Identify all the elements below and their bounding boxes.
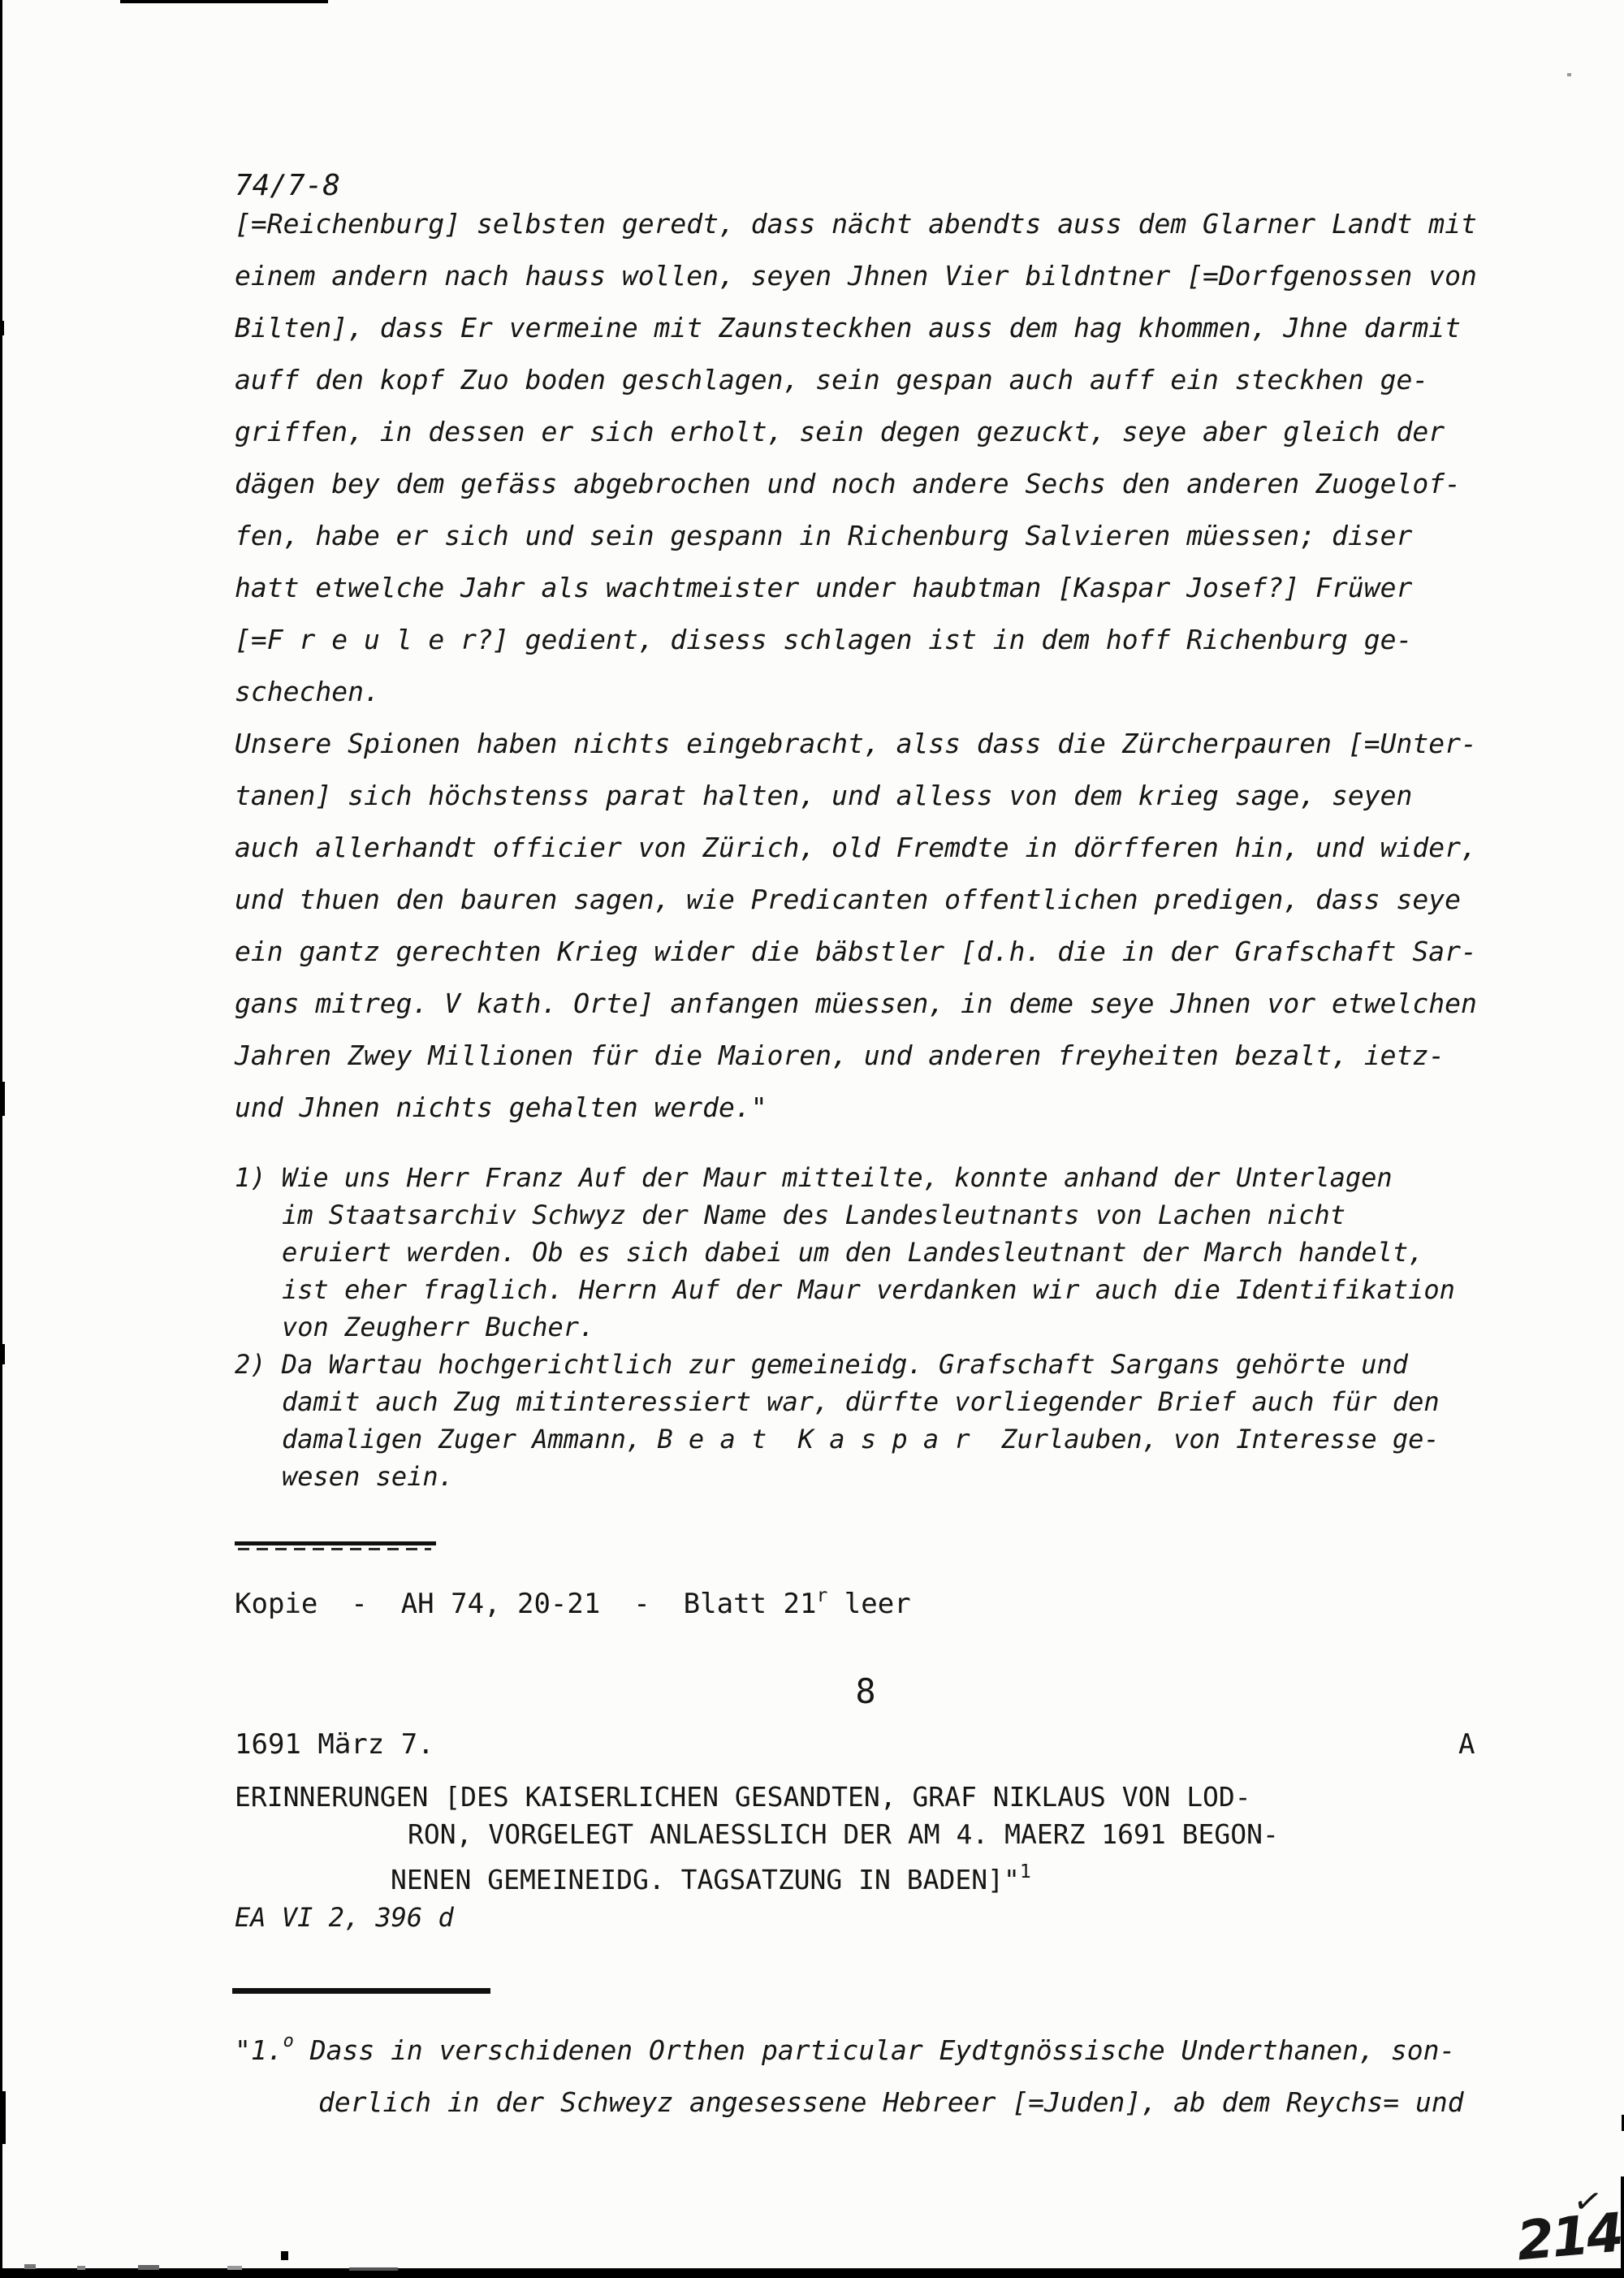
entry-title-line: NENEN GEMEINEIDG. TAGSATZUNG IN BADEN]"1 bbox=[235, 1853, 1279, 1899]
entry-title-text: NENEN GEMEINEIDG. TAGSATZUNG IN BADEN]" bbox=[391, 1864, 1020, 1895]
scan-speck bbox=[281, 2251, 288, 2260]
scan-speck bbox=[1567, 73, 1571, 76]
source-text: Kopie - AH 74, 20-21 - Blatt 21 bbox=[235, 1588, 816, 1620]
entry-siglum: A bbox=[1458, 1728, 1475, 1761]
quote-line: derlich in der Schweyz angesessene Hebre… bbox=[235, 2077, 1464, 2129]
body-line: Jahren Zwey Millionen für die Maioren, u… bbox=[235, 1030, 1477, 1082]
body-line: Unsere Spionen haben nichts eingebracht,… bbox=[235, 718, 1477, 770]
footnote-line: damit auch Zug mitinteressiert war, dürf… bbox=[235, 1383, 1455, 1420]
scan-edge-blob bbox=[0, 321, 4, 335]
quote-text: "1. bbox=[235, 2034, 283, 2066]
scan-speck bbox=[77, 2266, 85, 2270]
quote-block: "1.o Dass in verschidenen Orthen particu… bbox=[235, 2016, 1464, 2129]
scan-speck bbox=[227, 2266, 242, 2270]
entry-title-line: ERINNERUNGEN [DES KAISERLICHEN GESANDTEN… bbox=[235, 1779, 1279, 1816]
source-text: leer bbox=[827, 1588, 910, 1620]
source-line: Kopie - AH 74, 20-21 - Blatt 21r leer bbox=[235, 1585, 911, 1620]
separator-rule bbox=[235, 1541, 436, 1545]
footnote-line: im Staatsarchiv Schwyz der Name des Land… bbox=[235, 1196, 1455, 1234]
body-line: einem andern nach hauss wollen, seyen Jh… bbox=[235, 250, 1477, 302]
quote-text: Dass in verschidenen Orthen particular E… bbox=[294, 2034, 1455, 2066]
ordinal-superscript: o bbox=[283, 2031, 294, 2051]
handwritten-page-number: 214 bbox=[1514, 2202, 1624, 2273]
body-line: [=Reichenburg] selbsten geredt, dass näc… bbox=[235, 198, 1477, 250]
footnote-line: damaligen Zuger Ammann, B e a t K a s p … bbox=[235, 1420, 1455, 1458]
body-line: auff den kopf Zuo boden geschlagen, sein… bbox=[235, 354, 1477, 406]
entry-title-block: ERINNERUNGEN [DES KAISERLICHEN GESANDTEN… bbox=[235, 1779, 1279, 1899]
entry-date: 1691 März 7. bbox=[235, 1728, 434, 1761]
archive-signature: 74/7-8 bbox=[235, 169, 340, 202]
footnote-line: ist eher fraglich. Herrn Auf der Maur ve… bbox=[235, 1271, 1455, 1308]
footnote-line: eruiert werden. Ob es sich dabei um den … bbox=[235, 1234, 1455, 1271]
scan-edge-right bbox=[1621, 2176, 1624, 2278]
body-line: tanen] sich höchstenss parat halten, und… bbox=[235, 770, 1477, 822]
footnote-reference-superscript: 1 bbox=[1020, 1861, 1031, 1882]
entry-title-line: RON, VORGELEGT ANLAESSLICH DER AM 4. MAE… bbox=[235, 1816, 1279, 1853]
scan-edge-blob bbox=[0, 1344, 5, 1364]
footnote-text: Da Wartau hochgerichtlich zur gemeineidg… bbox=[282, 1349, 1408, 1380]
footnotes-block: 1) Wie uns Herr Franz Auf der Maur mitte… bbox=[235, 1159, 1455, 1495]
body-line: auch allerhandt officier von Zürich, old… bbox=[235, 822, 1477, 874]
body-line: [=F r e u l e r?] gedient, disess schlag… bbox=[235, 614, 1477, 666]
footnote-line: von Zeugherr Bucher. bbox=[235, 1308, 1455, 1346]
scanned-document-page: 74/7-8 [=Reichenburg] selbsten geredt, d… bbox=[0, 0, 1624, 2278]
footnote-marker: 1) bbox=[235, 1162, 282, 1193]
body-text-block: [=Reichenburg] selbsten geredt, dass näc… bbox=[235, 198, 1477, 1134]
folio-superscript: r bbox=[816, 1585, 827, 1606]
separator-rule bbox=[232, 1988, 490, 1994]
body-line: dägen bey dem gefäss abgebrochen und noc… bbox=[235, 458, 1477, 510]
body-line: schechen. bbox=[235, 666, 1477, 718]
body-line: und Jhnen nichts gehalten werde." bbox=[235, 1082, 1477, 1134]
scan-edge-bottom bbox=[0, 2268, 1624, 2278]
scan-edge-top bbox=[120, 0, 328, 3]
body-line: Bilten], dass Er vermeine mit Zaunsteckh… bbox=[235, 302, 1477, 354]
footnote-text: Wie uns Herr Franz Auf der Maur mitteilt… bbox=[282, 1162, 1393, 1193]
scan-speck bbox=[24, 2264, 36, 2269]
scan-speck bbox=[138, 2265, 159, 2270]
body-line: fen, habe er sich und sein gespann in Ri… bbox=[235, 510, 1477, 562]
body-line: gans mitreg. V kath. Orte] anfangen mües… bbox=[235, 978, 1477, 1030]
scan-edge-blob bbox=[0, 1082, 5, 1116]
scan-speck bbox=[349, 2267, 398, 2271]
body-line: griffen, in dessen er sich erholt, sein … bbox=[235, 406, 1477, 458]
scan-edge-left bbox=[0, 0, 2, 2278]
footnote-line: 2) Da Wartau hochgerichtlich zur gemeine… bbox=[235, 1346, 1455, 1383]
footnote-marker: 2) bbox=[235, 1349, 282, 1380]
edition-reference: EA VI 2, 396 d bbox=[235, 1902, 454, 1933]
quote-line: "1.o Dass in verschidenen Orthen particu… bbox=[235, 2016, 1464, 2077]
footnote-line: wesen sein. bbox=[235, 1458, 1455, 1495]
body-line: ein gantz gerechten Krieg wider die bäbs… bbox=[235, 926, 1477, 978]
entry-number: 8 bbox=[235, 1671, 1497, 1711]
footnote-line: 1) Wie uns Herr Franz Auf der Maur mitte… bbox=[235, 1159, 1455, 1196]
scan-edge-blob bbox=[0, 2091, 6, 2144]
body-line: und thuen den bauren sagen, wie Predican… bbox=[235, 874, 1477, 926]
body-line: hatt etwelche Jahr als wachtmeister unde… bbox=[235, 562, 1477, 614]
separator-rule-shadow bbox=[238, 1548, 431, 1550]
